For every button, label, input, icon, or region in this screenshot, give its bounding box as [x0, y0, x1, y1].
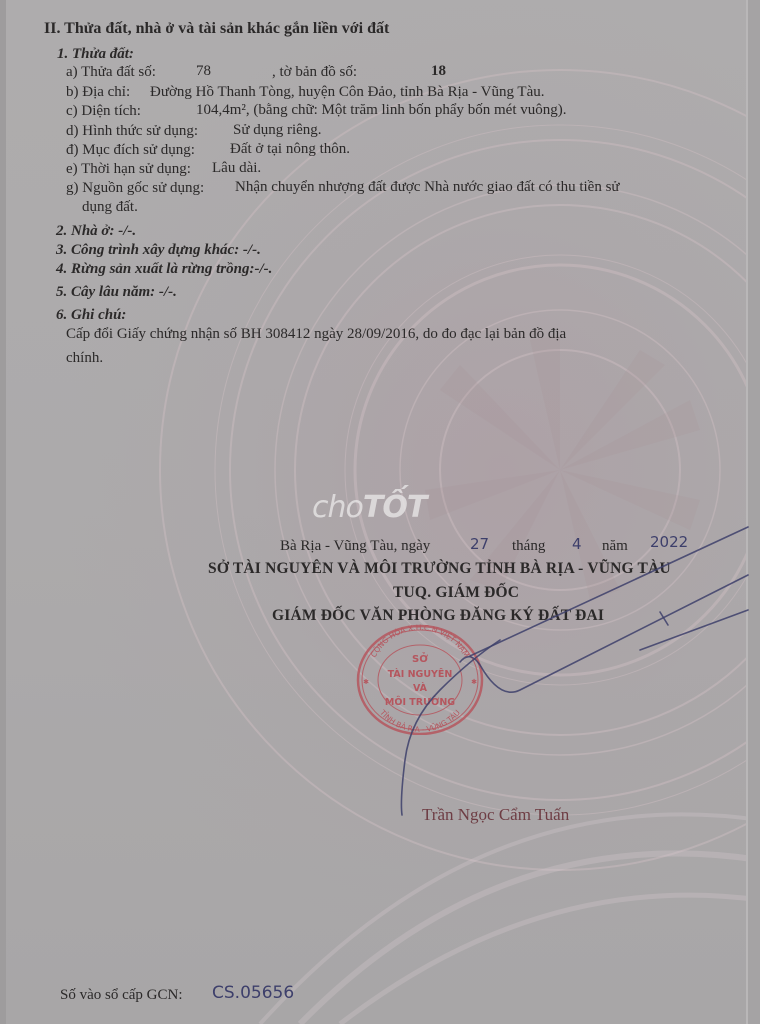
registry-value: CS.05656: [212, 984, 294, 1002]
certificate-page: II. Thửa đất, nhà ở và tài sản khác gắn …: [0, 0, 760, 1024]
registry-label: Số vào sổ cấp GCN:: [60, 986, 183, 1004]
signer-name: Trần Ngọc Cẩm Tuấn: [422, 806, 569, 824]
handwritten-signature: [0, 0, 760, 1024]
